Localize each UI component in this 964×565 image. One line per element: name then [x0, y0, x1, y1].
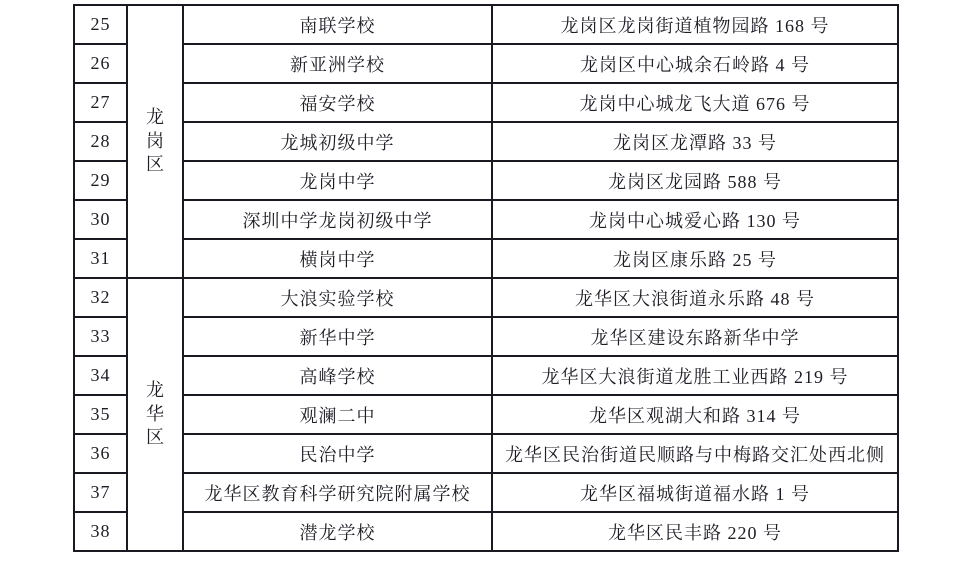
row-number: 38	[74, 512, 127, 551]
table-row: 31 横岗中学 龙岗区康乐路 25 号	[74, 239, 898, 278]
row-number: 34	[74, 356, 127, 395]
table-row: 25 龙岗区 南联学校 龙岗区龙岗街道植物园路 168 号	[74, 5, 898, 44]
school-address: 龙华区大浪街道龙胜工业西路 219 号	[492, 356, 898, 395]
school-name: 龙华区教育科学研究院附属学校	[183, 473, 492, 512]
school-name: 高峰学校	[183, 356, 492, 395]
table-row: 35 观澜二中 龙华区观湖大和路 314 号	[74, 395, 898, 434]
table-row: 36 民治中学 龙华区民治街道民顺路与中梅路交汇处西北侧	[74, 434, 898, 473]
school-name: 龙城初级中学	[183, 122, 492, 161]
row-number: 25	[74, 5, 127, 44]
district-cell: 龙华区	[127, 278, 183, 551]
school-name: 龙岗中学	[183, 161, 492, 200]
district-label: 龙岗区	[145, 106, 165, 176]
row-number: 29	[74, 161, 127, 200]
row-number: 33	[74, 317, 127, 356]
row-number: 30	[74, 200, 127, 239]
row-number: 28	[74, 122, 127, 161]
school-name: 南联学校	[183, 5, 492, 44]
school-name: 新华中学	[183, 317, 492, 356]
school-address: 龙岗区康乐路 25 号	[492, 239, 898, 278]
row-number: 37	[74, 473, 127, 512]
table-row: 30 深圳中学龙岗初级中学 龙岗中心城爱心路 130 号	[74, 200, 898, 239]
row-number: 35	[74, 395, 127, 434]
row-number: 27	[74, 83, 127, 122]
table-row: 32 龙华区 大浪实验学校 龙华区大浪街道永乐路 48 号	[74, 278, 898, 317]
table-row: 37 龙华区教育科学研究院附属学校 龙华区福城街道福水路 1 号	[74, 473, 898, 512]
table-row: 34 高峰学校 龙华区大浪街道龙胜工业西路 219 号	[74, 356, 898, 395]
table-row: 27 福安学校 龙岗中心城龙飞大道 676 号	[74, 83, 898, 122]
school-name: 潜龙学校	[183, 512, 492, 551]
school-name: 民治中学	[183, 434, 492, 473]
school-name: 观澜二中	[183, 395, 492, 434]
school-address: 龙华区福城街道福水路 1 号	[492, 473, 898, 512]
school-name: 新亚洲学校	[183, 44, 492, 83]
school-address: 龙岗区龙岗街道植物园路 168 号	[492, 5, 898, 44]
school-address: 龙华区大浪街道永乐路 48 号	[492, 278, 898, 317]
table-row: 28 龙城初级中学 龙岗区龙潭路 33 号	[74, 122, 898, 161]
school-address: 龙岗中心城龙飞大道 676 号	[492, 83, 898, 122]
table-row: 29 龙岗中学 龙岗区龙园路 588 号	[74, 161, 898, 200]
school-address: 龙岗中心城爱心路 130 号	[492, 200, 898, 239]
table-row: 26 新亚洲学校 龙岗区中心城余石岭路 4 号	[74, 44, 898, 83]
row-number: 26	[74, 44, 127, 83]
district-cell: 龙岗区	[127, 5, 183, 278]
school-address: 龙华区民丰路 220 号	[492, 512, 898, 551]
table-row: 33 新华中学 龙华区建设东路新华中学	[74, 317, 898, 356]
row-number: 32	[74, 278, 127, 317]
school-name: 福安学校	[183, 83, 492, 122]
school-address: 龙华区建设东路新华中学	[492, 317, 898, 356]
district-label: 龙华区	[145, 379, 165, 449]
school-address-table: 25 龙岗区 南联学校 龙岗区龙岗街道植物园路 168 号 26 新亚洲学校 龙…	[73, 4, 899, 552]
school-name: 大浪实验学校	[183, 278, 492, 317]
school-name: 横岗中学	[183, 239, 492, 278]
school-address: 龙岗区龙园路 588 号	[492, 161, 898, 200]
row-number: 31	[74, 239, 127, 278]
document-page: 25 龙岗区 南联学校 龙岗区龙岗街道植物园路 168 号 26 新亚洲学校 龙…	[0, 0, 964, 565]
row-number: 36	[74, 434, 127, 473]
school-address: 龙岗区中心城余石岭路 4 号	[492, 44, 898, 83]
school-address: 龙华区观湖大和路 314 号	[492, 395, 898, 434]
school-address: 龙华区民治街道民顺路与中梅路交汇处西北侧	[492, 434, 898, 473]
school-name: 深圳中学龙岗初级中学	[183, 200, 492, 239]
table-row: 38 潜龙学校 龙华区民丰路 220 号	[74, 512, 898, 551]
school-address: 龙岗区龙潭路 33 号	[492, 122, 898, 161]
